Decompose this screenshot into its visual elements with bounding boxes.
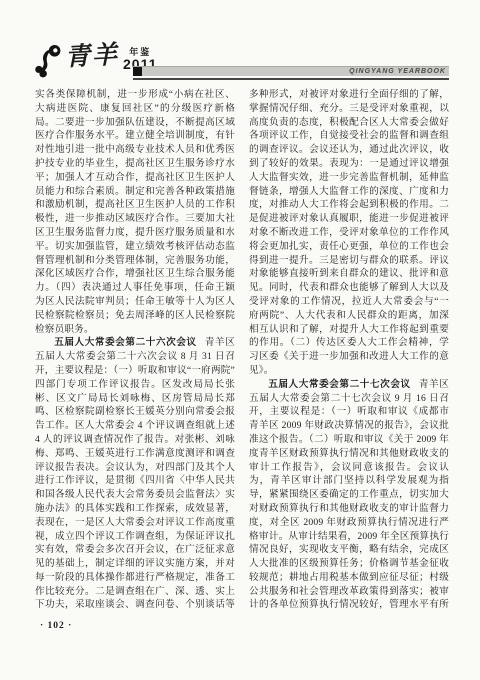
banner-text: QINGYANG YEARBOOK [349,67,449,76]
black-square-icon [133,67,142,76]
page-header: 青羊 年鉴 2011 QINGYANG YEARBOOK [35,42,449,82]
paragraph-lead-heading: 五届人大常委会第二十七次会议 [268,379,411,390]
header-banner: QINGYANG YEARBOOK [133,66,449,80]
logo-script-title: 青羊 [64,41,120,74]
header-rule [133,78,449,80]
goat-mascot-icon [35,43,63,79]
paragraph-text: 实各类保障机制，进一步形成“小病在社区、大病进医院、康复回社区”的分级医疗新格局… [35,89,235,335]
page-number: · 102 · [40,621,72,631]
paragraph: 实各类保障机制，进一步形成“小病在社区、大病进医院、康复回社区”的分级医疗新格局… [35,88,235,336]
banner-bar: QINGYANG YEARBOOK [133,66,449,76]
yearbook-scanned-page: 青羊 年鉴 2011 QINGYANG YEARBOOK 实各类保障机制，进一步… [0,0,480,680]
article-two-columns: 实各类保障机制，进一步形成“小病在社区、大病进医院、康复回社区”的分级医疗新格局… [35,88,449,614]
paragraph-lead-heading: 五届人大常委会第二十六次会议 [54,337,197,348]
